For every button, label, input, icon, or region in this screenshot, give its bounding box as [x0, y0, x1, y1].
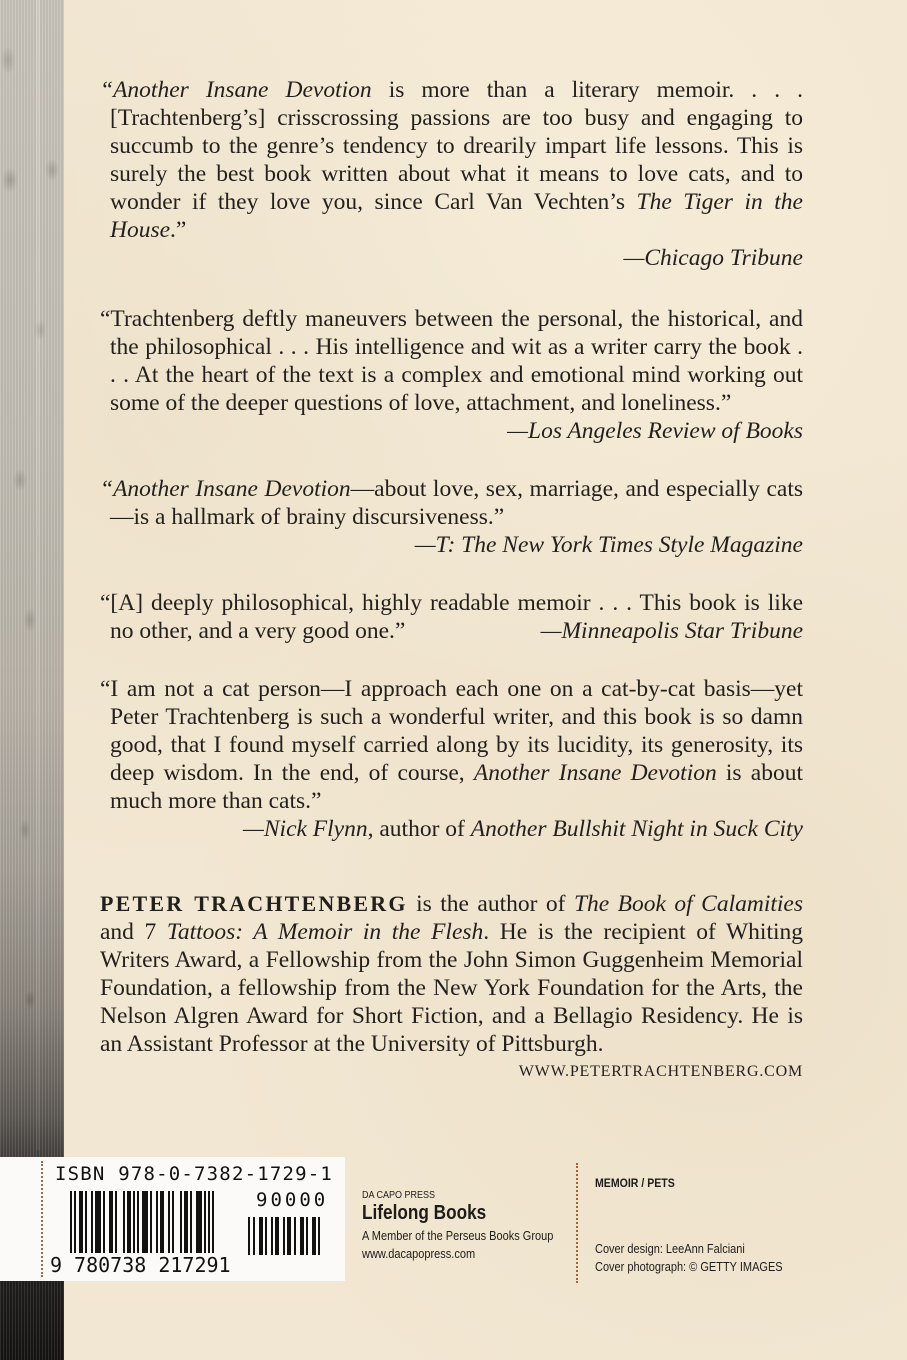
dotted-divider: [576, 1163, 578, 1283]
isbn-label: ISBN 978-0-7382-1729-1: [55, 1163, 333, 1185]
blurb-nyt-style-magazine: “Another Insane Devotion—about love, sex…: [100, 475, 803, 559]
blurb-nick-flynn: “I am not a cat person—I approach each o…: [100, 675, 803, 843]
cover-design-credit: Cover design: LeeAnn Falciani: [595, 1242, 783, 1256]
author-bio: PETER TRACHTENBERG is the author of The …: [100, 890, 803, 1084]
blurbs-section: “Another Insane Devotion is more than a …: [100, 76, 803, 843]
publisher-imprint: DA CAPO PRESS: [362, 1190, 558, 1201]
perforation-line: [41, 1161, 43, 1277]
ean-barcode-bars: [70, 1191, 233, 1261]
publisher-logo-text: Lifelong Books: [362, 1202, 549, 1225]
ean-number: 9780738 217291: [50, 1253, 231, 1277]
blurb-chicago-tribune: “Another Insane Devotion is more than a …: [100, 76, 803, 272]
addon-barcode-bars: [248, 1217, 330, 1255]
publisher-block: DA CAPO PRESS Lifelong Books A Member of…: [362, 1190, 579, 1261]
author-website-link[interactable]: WWW.PETERTRACHTENBERG.COM: [100, 1060, 803, 1084]
addon-price-code: 90000: [256, 1189, 328, 1211]
blurb-quote: “Trachtenberg deftly maneuvers between t…: [100, 305, 803, 417]
blurb-quote: “I am not a cat person—I approach each o…: [100, 675, 803, 815]
blurb-attribution: —Minneapolis Star Tribune: [551, 617, 803, 645]
blurb-quote: “[A] deeply philosophical, highly readab…: [100, 589, 803, 645]
book-category: MEMOIR / PETS: [595, 1176, 783, 1190]
lace-curtain-photo: [0, 0, 64, 1360]
credits-block: MEMOIR / PETS Cover design: LeeAnn Falci…: [595, 1176, 808, 1274]
blurb-la-review-of-books: “Trachtenberg deftly maneuvers between t…: [100, 305, 803, 445]
blurb-attribution: —Los Angeles Review of Books: [100, 417, 803, 445]
publisher-member-line: A Member of the Perseus Books Group: [362, 1229, 553, 1243]
author-name: PETER TRACHTENBERG: [100, 891, 408, 916]
bio-text: PETER TRACHTENBERG is the author of The …: [100, 890, 803, 1058]
blurb-attribution: —Chicago Tribune: [100, 244, 803, 272]
isbn-barcode: ISBN 978-0-7382-1729-1 90000 9780738 217…: [0, 1157, 345, 1281]
blurb-attribution: —Nick Flynn, author of Another Bullshit …: [100, 815, 803, 843]
cover-photo-credit: Cover photograph: © GETTY IMAGES: [595, 1260, 783, 1274]
blurb-quote: “Another Insane Devotion—about love, sex…: [100, 475, 803, 531]
publisher-website-link[interactable]: www.dacapopress.com: [362, 1247, 553, 1261]
blurb-minneapolis-star-tribune: “[A] deeply philosophical, highly readab…: [100, 589, 803, 645]
blurb-quote: “Another Insane Devotion is more than a …: [100, 76, 803, 244]
blurb-attribution: —T: The New York Times Style Magazine: [100, 531, 803, 559]
